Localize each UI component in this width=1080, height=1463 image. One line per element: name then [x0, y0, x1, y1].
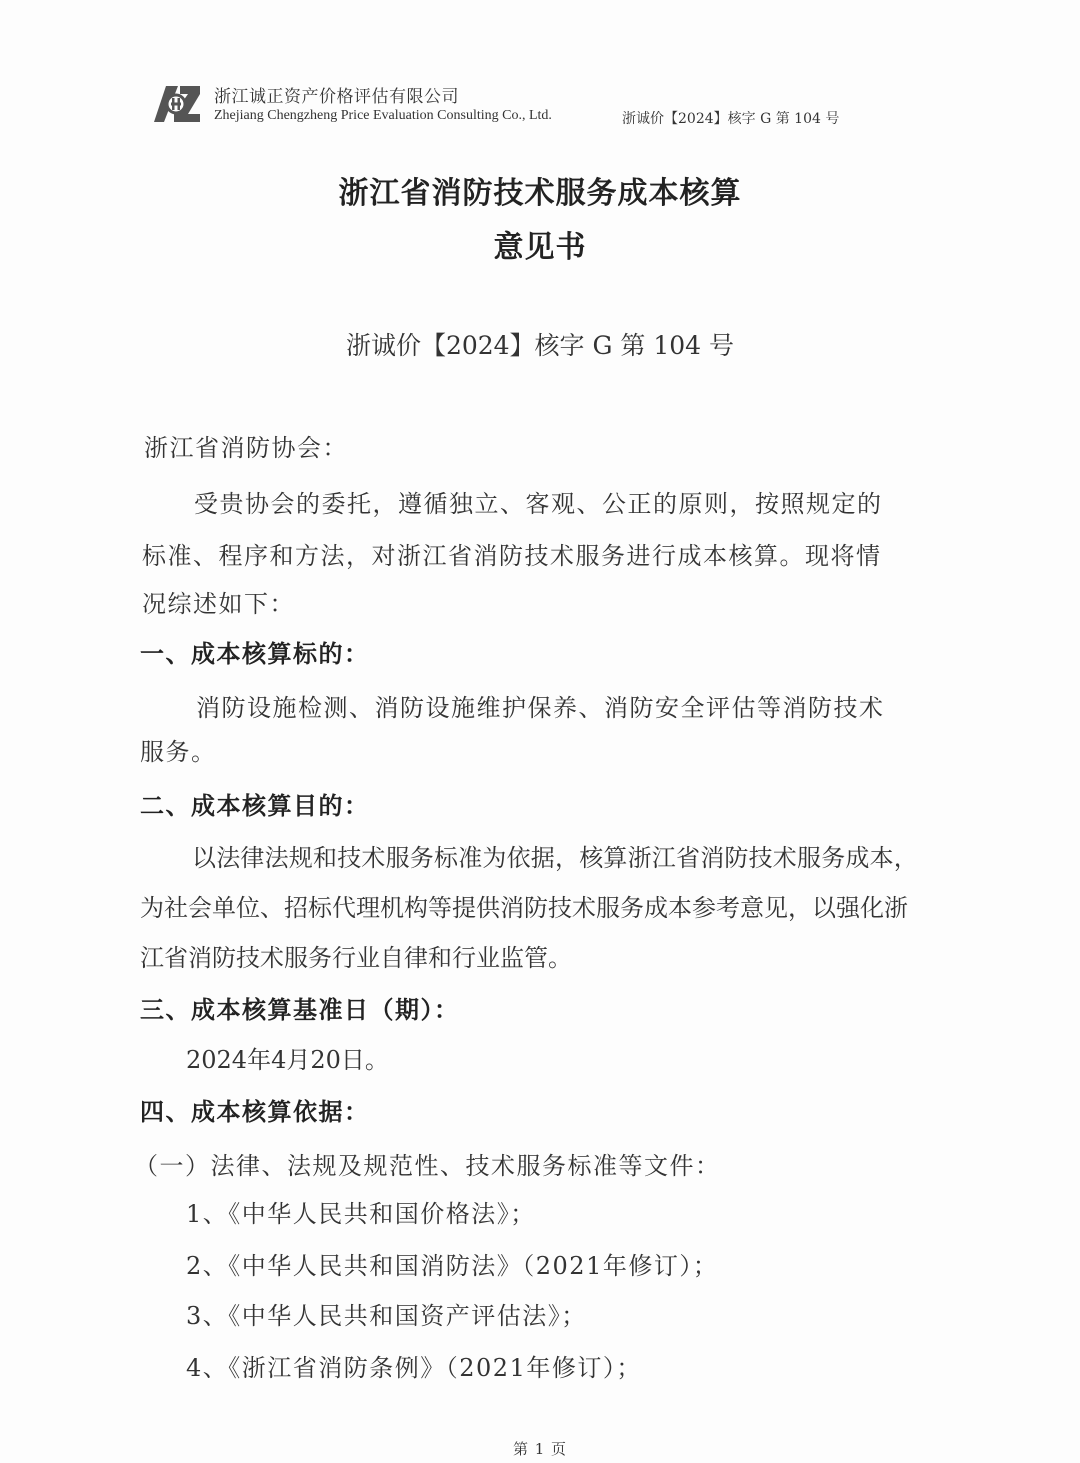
intro-line: 受贵协会的委托，遵循独立、客观、公正的原则，按照规定的	[194, 484, 883, 519]
intro-line: 况综述如下：	[142, 584, 295, 619]
list-item: 2、《中华人民共和国消防法》（2021年修订）；	[186, 1246, 718, 1281]
section-heading: 一、成本核算标的：	[140, 634, 370, 669]
section-heading: 三、成本核算基准日（期）：	[140, 990, 460, 1025]
section-heading: 二、成本核算目的：	[140, 786, 370, 821]
document-number: 浙诚价【2024】核字 G 第 104 号	[0, 326, 1080, 362]
list-item: 3、《中华人民共和国资产评估法》；	[186, 1296, 587, 1331]
company-logo-icon	[152, 84, 202, 124]
addressee: 浙江省消防协会：	[144, 428, 348, 463]
section-subheading: （一）法律、法规及规范性、技术服务标准等文件：	[134, 1146, 721, 1181]
header-doc-number: 浙诚价【2024】核字 G 第 104 号	[622, 108, 839, 128]
document-title: 浙江省消防技术服务成本核算	[0, 168, 1080, 212]
list-item: 4、《浙江省消防条例》（2021年修订）；	[186, 1348, 642, 1383]
intro-line: 标准、程序和方法，对浙江省消防技术服务进行成本核算。现将情	[142, 536, 882, 571]
document-title-line2: 意见书	[0, 222, 1080, 266]
section-text: 以法律法规和技术服务标准为依据，核算浙江省消防技术服务成本，	[192, 838, 918, 873]
section-text: 消防设施检测、消防设施维护保养、消防安全评估等消防技术	[196, 688, 885, 723]
page-number: 第 1 页	[0, 1438, 1080, 1459]
list-item: 1、《中华人民共和国价格法》；	[186, 1194, 536, 1229]
section-text: 服务。	[140, 732, 217, 767]
document-page: 浙江诚正资产价格评估有限公司 Zhejiang Chengzheng Price…	[0, 0, 1080, 1463]
company-name-en: Zhejiang Chengzheng Price Evaluation Con…	[214, 108, 552, 124]
section-text: 2024年4月20日。	[186, 1040, 389, 1075]
company-name-cn: 浙江诚正资产价格评估有限公司	[214, 82, 459, 107]
section-text: 为社会单位、招标代理机构等提供消防技术服务成本参考意见，以强化浙	[140, 888, 908, 923]
section-text: 江省消防技术服务行业自律和行业监管。	[140, 938, 572, 973]
letterhead: 浙江诚正资产价格评估有限公司 Zhejiang Chengzheng Price…	[152, 80, 912, 130]
section-heading: 四、成本核算依据：	[140, 1092, 370, 1127]
